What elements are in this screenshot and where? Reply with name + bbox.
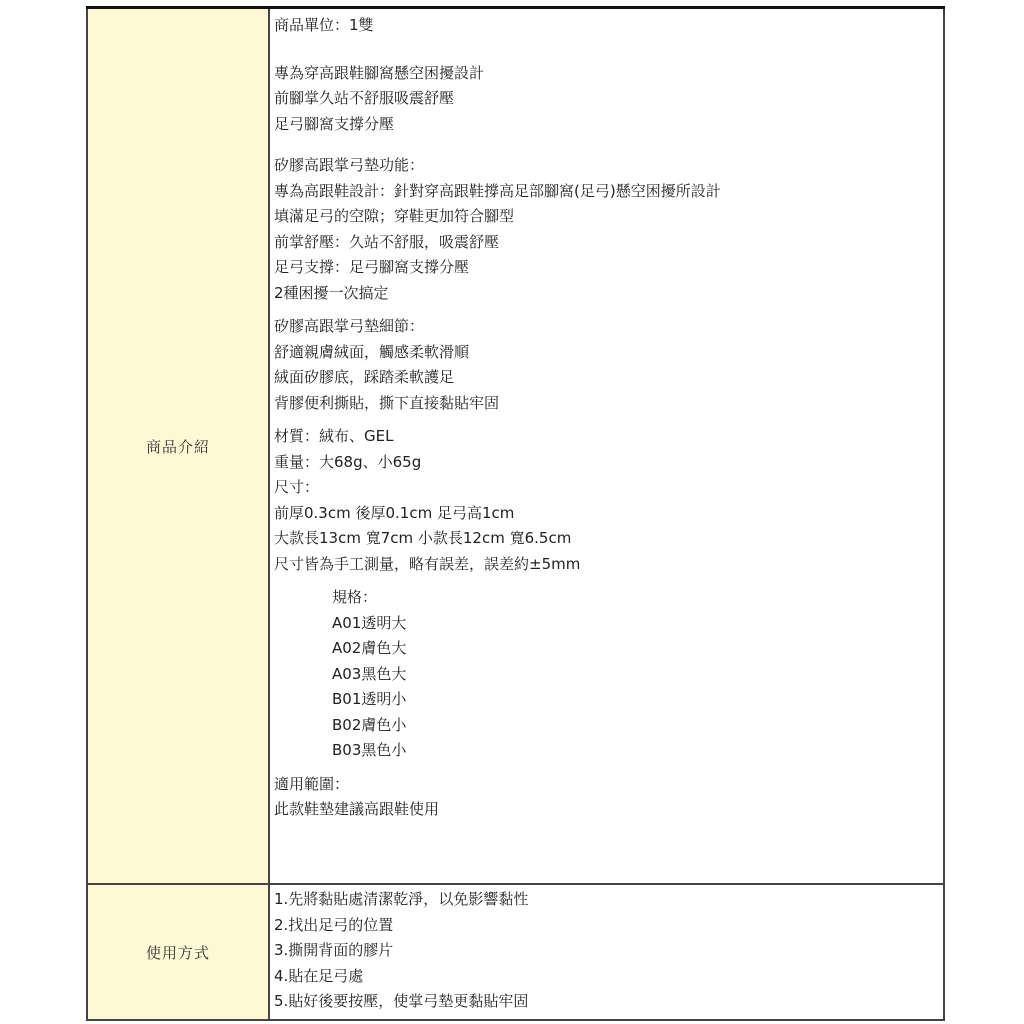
label-usage: 使用方式	[87, 884, 269, 1020]
size-title: 尺寸：	[274, 475, 943, 501]
summary-line: 足弓腳窩支撐分壓	[274, 112, 943, 138]
scope-title: 適用範圍：	[274, 772, 943, 798]
usage-step: 3.撕開背面的膠片	[274, 938, 943, 964]
usage-step: 4.貼在足弓處	[274, 964, 943, 990]
function-line: 前掌舒壓：久站不舒服，吸震舒壓	[274, 230, 943, 256]
functions-title: 矽膠高跟掌弓墊功能：	[274, 153, 943, 179]
detail-line: 背膠便利撕貼，撕下直接黏貼牢固	[274, 391, 943, 417]
usage-step: 2.找出足弓的位置	[274, 913, 943, 939]
size-line: 大款長13cm 寬7cm 小款長12cm 寬6.5cm	[274, 526, 943, 552]
function-line: 2種困擾一次搞定	[274, 281, 943, 307]
function-line: 填滿足弓的空隙；穿鞋更加符合腳型	[274, 204, 943, 230]
usage-step: 1.先將黏貼處清潔乾淨，以免影響黏性	[274, 887, 943, 913]
variants-title: 規格：	[332, 585, 943, 611]
variant-item: A03黑色大	[332, 662, 943, 688]
scope-text: 此款鞋墊建議高跟鞋使用	[274, 797, 943, 823]
content-product-intro: 商品單位：1雙 專為穿高跟鞋腳窩懸空困擾設計 前腳掌久站不舒服吸震舒壓 足弓腳窩…	[269, 8, 944, 885]
summary-line: 前腳掌久站不舒服吸震舒壓	[274, 86, 943, 112]
row-product-intro: 商品介紹 商品單位：1雙 專為穿高跟鞋腳窩懸空困擾設計 前腳掌久站不舒服吸震舒壓…	[87, 8, 944, 885]
material-line: 材質：絨布、GEL	[274, 424, 943, 450]
variant-item: B03黑色小	[332, 738, 943, 764]
summary-line: 專為穿高跟鞋腳窩懸空困擾設計	[274, 61, 943, 87]
details-title: 矽膠高跟掌弓墊細節：	[274, 314, 943, 340]
product-spec-table: 商品介紹 商品單位：1雙 專為穿高跟鞋腳窩懸空困擾設計 前腳掌久站不舒服吸震舒壓…	[86, 6, 945, 1021]
variant-item: B02膚色小	[332, 713, 943, 739]
variants-block: 規格： A01透明大 A02膚色大 A03黑色大 B01透明小 B02膚色小 B…	[274, 585, 943, 764]
variant-item: B01透明小	[332, 687, 943, 713]
unit-block: 商品單位：1雙	[274, 13, 943, 39]
function-line: 足弓支撐：足弓腳窩支撐分壓	[274, 255, 943, 281]
content-usage: 1.先將黏貼處清潔乾淨，以免影響黏性 2.找出足弓的位置 3.撕開背面的膠片 4…	[269, 884, 944, 1020]
specs-block: 材質：絨布、GEL 重量：大68g、小65g 尺寸： 前厚0.3cm 後厚0.1…	[274, 424, 943, 577]
size-line: 尺寸皆為手工測量，略有誤差，誤差約±5mm	[274, 552, 943, 578]
detail-line: 絨面矽膠底，踩踏柔軟護足	[274, 365, 943, 391]
details-block: 矽膠高跟掌弓墊細節： 舒適親膚絨面，觸感柔軟滑順 絨面矽膠底，踩踏柔軟護足 背膠…	[274, 314, 943, 416]
scope-block: 適用範圍： 此款鞋墊建議高跟鞋使用	[274, 772, 943, 823]
row-usage: 使用方式 1.先將黏貼處清潔乾淨，以免影響黏性 2.找出足弓的位置 3.撕開背面…	[87, 884, 944, 1020]
detail-line: 舒適親膚絨面，觸感柔軟滑順	[274, 340, 943, 366]
label-product-intro: 商品介紹	[87, 8, 269, 885]
function-line: 專為高跟鞋設計：針對穿高跟鞋撐高足部腳窩(足弓)懸空困擾所設計	[274, 179, 943, 205]
variant-item: A01透明大	[332, 611, 943, 637]
functions-block: 矽膠高跟掌弓墊功能： 專為高跟鞋設計：針對穿高跟鞋撐高足部腳窩(足弓)懸空困擾所…	[274, 153, 943, 306]
size-line: 前厚0.3cm 後厚0.1cm 足弓高1cm	[274, 501, 943, 527]
product-unit: 商品單位：1雙	[274, 13, 943, 39]
weight-line: 重量：大68g、小65g	[274, 450, 943, 476]
usage-step: 5.貼好後要按壓，使掌弓墊更黏貼牢固	[274, 989, 943, 1015]
summary-block: 專為穿高跟鞋腳窩懸空困擾設計 前腳掌久站不舒服吸震舒壓 足弓腳窩支撐分壓	[274, 61, 943, 138]
variant-item: A02膚色大	[332, 636, 943, 662]
